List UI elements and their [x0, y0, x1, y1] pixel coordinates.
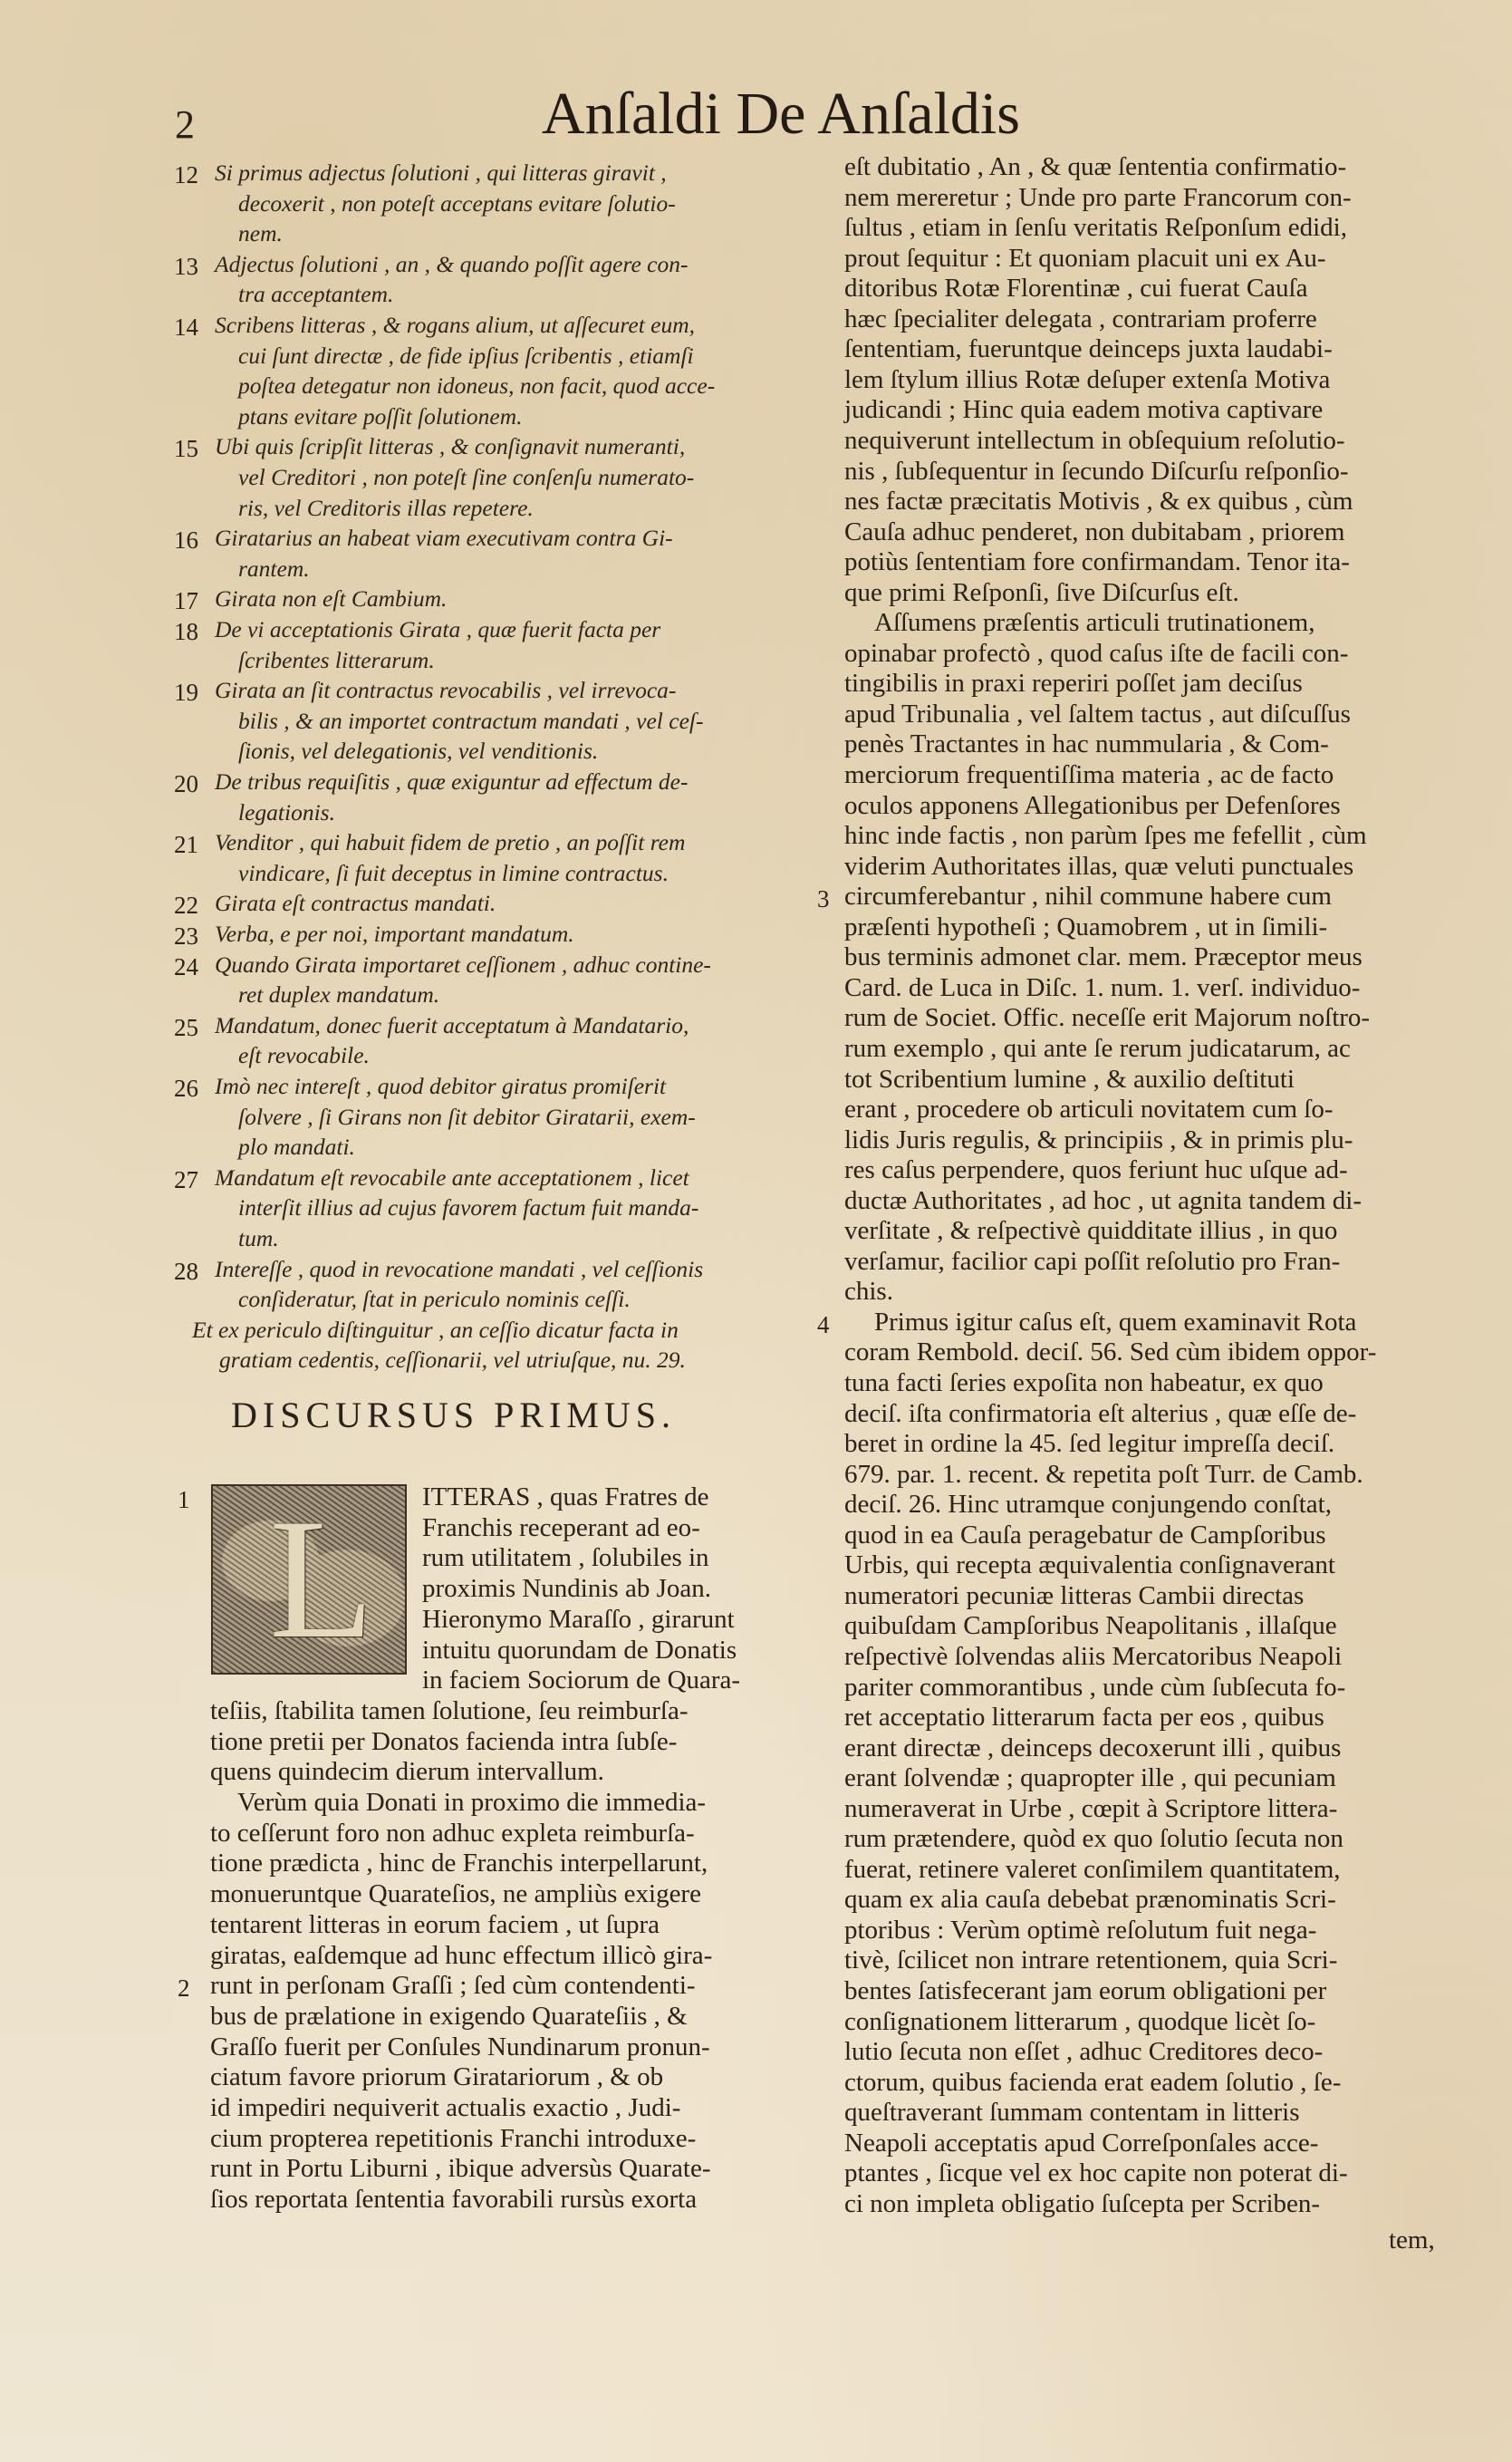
- body-line: Primus igitur caſus eſt, quem examinavit…: [874, 1308, 1356, 1337]
- body-line: in faciem Sociorum de Quara-: [422, 1665, 740, 1695]
- body-line: præſenti hypotheſi ; Quamobrem , ut in ſ…: [844, 912, 1327, 942]
- body-line: giratas, eaſdemque ad hunc effectum illi…: [210, 1941, 712, 1971]
- summary-line: tum.: [238, 1225, 279, 1252]
- body-line: bus de prælatione in exigendo Quarateſii…: [210, 2002, 688, 2032]
- body-line: potiùs ſententiam fore confirmandam. Ten…: [844, 547, 1350, 577]
- summary-line: ſcribentes litterarum.: [238, 647, 435, 674]
- body-line: verſamur, facilior capi poſſit reſolutio…: [844, 1247, 1340, 1277]
- body-line: Hieronymo Maraſſo , girarunt: [422, 1605, 735, 1635]
- body-line: merciorum frequentiſſima materia , ac de…: [844, 760, 1334, 790]
- summary-line: Quando Girata importaret ceſſionem , adh…: [215, 951, 711, 979]
- body-line: ciatum favore priorum Giratariorum , & o…: [210, 2062, 663, 2092]
- body-line: reſpectivè ſolvendas aliis Mercatoribus …: [844, 1642, 1342, 1672]
- body-line: queſtraverant ſummam contentam in litter…: [844, 2098, 1300, 2128]
- page-number: 2: [175, 101, 195, 148]
- drop-cap-letter: L: [269, 1493, 374, 1665]
- summary-line: cui ſunt directæ , de fide ipſius ſcribe…: [238, 343, 694, 370]
- body-line: nequiverunt intellectum in obſequium reſ…: [844, 426, 1345, 456]
- summary-number: 22: [174, 892, 198, 920]
- body-line: tot Scribentium lumine , & auxilio deſti…: [844, 1065, 1295, 1095]
- body-line: apud Tribunalia , vel ſaltem tactus , au…: [844, 700, 1351, 729]
- body-line: Card. de Luca in Diſc. 1. num. 1. verſ. …: [844, 973, 1360, 1003]
- body-line: beret in ordine la 45. ſed legitur impre…: [844, 1429, 1334, 1459]
- summary-line: conſideratur, ſtat in periculo nominis c…: [238, 1286, 631, 1313]
- summary-line: Mandatum, donec fuerit acceptatum à Mand…: [215, 1012, 689, 1039]
- body-line: que primi Reſponſi, ſive Diſcurſus eſt.: [844, 578, 1239, 608]
- summary-line: gratiam cedentis, ceſſionarii, vel utriu…: [219, 1347, 686, 1374]
- body-line: ptantes , ſicque vel ex hoc capite non p…: [844, 2158, 1348, 2188]
- body-line: quens quindecim dierum intervallum.: [210, 1757, 604, 1787]
- body-line: Urbis, qui recepta æquivalentia conſigna…: [844, 1550, 1335, 1580]
- summary-line: Girata an ſit contractus revocabilis , v…: [215, 677, 676, 704]
- summary-number: 25: [174, 1014, 198, 1042]
- body-line: circumferebantur , nihil commune habere …: [844, 882, 1332, 912]
- summary-number: 20: [174, 770, 198, 798]
- body-line: proximis Nundinis ab Joan.: [422, 1574, 711, 1604]
- body-line: rum exemplo , qui ante ſe rerum judicata…: [844, 1034, 1351, 1064]
- body-line: bentes ſatisfecerant jam eorum obligatio…: [844, 1976, 1326, 2006]
- summary-line: ret duplex mandatum.: [238, 981, 439, 1009]
- summary-line: Girata eſt contractus mandati.: [215, 890, 496, 917]
- body-line: quod in ea Cauſa peragebatur de Campſori…: [844, 1521, 1326, 1550]
- body-line: cium propterea repetitionis Franchi intr…: [210, 2124, 696, 2154]
- summary-line: Ubi quis ſcripſit litteras , & conſignav…: [215, 433, 685, 460]
- body-line: tingibilis in praxi reperiri poſſet jam …: [844, 669, 1303, 699]
- summary-line: legationis.: [238, 799, 335, 826]
- body-line: rum utilitatem , ſolubiles in: [422, 1543, 709, 1573]
- summary-line: bilis , & an importet contractum mandati…: [238, 708, 703, 735]
- body-line: pariter commorantibus , unde cùm ſubſecu…: [844, 1673, 1345, 1703]
- body-line: prout ſequitur : Et quoniam placuit uni …: [844, 244, 1326, 274]
- summary-line: ſolvere , ſi Girans non ſit debitor Gira…: [238, 1104, 696, 1131]
- body-line: Neapoli acceptatis apud Correſponſales a…: [844, 2129, 1318, 2158]
- body-line: viderim Authoritates illas, quæ veluti p…: [844, 852, 1353, 882]
- body-line: opinabar profectò , quod caſus iſte de f…: [844, 639, 1348, 669]
- summary-number: 23: [174, 922, 198, 951]
- summary-line: eſt revocabile.: [238, 1042, 370, 1069]
- body-line: rum prætendere, quòd ex quo ſolutio ſecu…: [844, 1824, 1343, 1854]
- summary-line: rantem.: [238, 555, 310, 583]
- body-line: nes factæ præcitatis Motivis , & ex quib…: [844, 487, 1353, 517]
- body-line: coram Rembold. deciſ. 56. Sed cùm ibidem…: [844, 1337, 1376, 1367]
- body-line: ctorum, quibus facienda erat eadem ſolut…: [844, 2068, 1341, 2098]
- summary-line: Intereſſe , quod in revocatione mandati …: [215, 1256, 703, 1283]
- summary-line: vindicare, ſi fuit deceptus in limine co…: [238, 860, 669, 887]
- summary-number: 28: [174, 1258, 198, 1286]
- body-line: erant ſolvendæ ; quapropter ille , qui p…: [844, 1763, 1336, 1793]
- summary-line: Venditor , qui habuit fidem de pretio , …: [215, 829, 685, 856]
- summary-line: decoxerit , non poteſt acceptans evitare…: [238, 190, 676, 217]
- summary-line: ris, vel Creditoris illas repetere.: [238, 495, 534, 522]
- summary-line: Mandatum eſt revocabile ante acceptation…: [215, 1164, 689, 1192]
- summary-line: Girata non eſt Cambium.: [215, 585, 447, 613]
- body-line: verſitate , & reſpectivè quidditate illi…: [844, 1216, 1337, 1246]
- body-line: ci non impleta obligatio ſuſcepta per Sc…: [844, 2189, 1320, 2219]
- body-line: hinc inde factis , non parùm ſpes me fef…: [844, 821, 1367, 851]
- body-line: nem mereretur ; Unde pro parte Francorum…: [844, 183, 1352, 213]
- catchword: tem,: [1389, 2225, 1435, 2255]
- body-line: Verùm quia Donati in proximo die immedia…: [237, 1788, 706, 1818]
- summary-line: ſionis, vel delegationis, vel venditioni…: [238, 738, 598, 765]
- summary-line: ptans evitare poſſit ſolutionem.: [238, 403, 523, 430]
- body-line: Franchis receperant ad eo-: [422, 1513, 700, 1543]
- summary-number: 26: [174, 1075, 198, 1103]
- body-line: ſultus , etiam in ſenſu veritatis Reſpon…: [844, 213, 1347, 243]
- body-line: Graſſo fuerit per Conſules Nundinarum pr…: [210, 2032, 710, 2062]
- body-line: tione pretii per Donatos facienda intra …: [210, 1727, 677, 1757]
- summary-line: De tribus requiſitis , quæ exiguntur ad …: [215, 768, 688, 796]
- summary-number: 14: [174, 314, 198, 342]
- body-line: numeraverat in Urbe , cœpit à Scriptore …: [844, 1794, 1337, 1824]
- body-line: nis , ſubſequentur in ſecundo Diſcurſu r…: [844, 457, 1349, 487]
- body-line: Cauſa adhuc penderet, non dubitabam , pr…: [844, 517, 1344, 547]
- summary-line: De vi acceptationis Girata , quæ fuerit …: [215, 616, 660, 643]
- body-line: runt in Portu Liburni , ibique adversùs …: [210, 2154, 711, 2184]
- body-line: tivè, ſcilicet non intrare retentionem, …: [844, 1945, 1337, 1975]
- summary-line: tra acceptantem.: [238, 281, 393, 308]
- body-line: quam ex alia cauſa debebat prænominatis …: [844, 1885, 1336, 1915]
- summary-number: 24: [174, 953, 198, 981]
- body-line: conſignationem litterarum , quodque licè…: [844, 2007, 1315, 2037]
- body-line: erant , procedere ob articuli novitatem …: [844, 1095, 1334, 1125]
- body-line: lutio ſecuta non eſſet , adhuc Creditore…: [844, 2037, 1323, 2067]
- body-line: ſios reportata ſententia favorabili rurs…: [210, 2185, 697, 2215]
- summary-number: 16: [174, 526, 198, 555]
- summary-line: Adjectus ſolutioni , an , & quando poſſi…: [215, 251, 688, 278]
- body-line: lidis Juris regulis, & principiis , & in…: [844, 1125, 1353, 1155]
- drop-cap-woodcut: L: [211, 1484, 407, 1675]
- body-line: teſiis, ſtabilita tamen ſolutione, ſeu r…: [210, 1696, 689, 1726]
- summary-number: 21: [174, 831, 198, 859]
- body-line: tione prædicta , hinc de Franchis interp…: [210, 1849, 708, 1878]
- body-line: deciſ. iſta confirmatoria eſt alterius ,…: [844, 1399, 1356, 1429]
- body-line: bus terminis admonet clar. mem. Præcepto…: [844, 942, 1363, 972]
- body-line: ductæ Authoritates , ad hoc , ut agnita …: [844, 1186, 1362, 1216]
- margin-number: 2: [178, 1974, 190, 2003]
- summary-number: 27: [174, 1166, 198, 1194]
- body-line: erant directæ , deinceps decoxerunt illi…: [844, 1733, 1341, 1763]
- body-line: ſententiam, fueruntque deinceps juxta la…: [844, 334, 1333, 364]
- body-line: rum de Societ. Offic. neceſſe erit Major…: [844, 1003, 1370, 1033]
- body-line: ditoribus Rotæ Florentinæ , cui fuerat C…: [844, 274, 1307, 304]
- body-line: eſt dubitatio , An , & quæ ſententia con…: [844, 152, 1346, 182]
- body-line: to ceſſerunt foro non adhuc expleta reim…: [210, 1819, 695, 1849]
- body-line: intuitu quorundam de Donatis: [422, 1636, 737, 1665]
- body-line: monueruntque Quarateſios, ne ampliùs exi…: [210, 1879, 701, 1909]
- summary-number: 13: [174, 253, 198, 281]
- summary-number: 18: [174, 618, 198, 646]
- margin-number: 4: [817, 1311, 830, 1339]
- body-line: numeratori pecuniæ litteras Cambii direc…: [844, 1581, 1304, 1611]
- body-line: oculos apponens Allegationibus per Defen…: [844, 791, 1341, 821]
- summary-line: Si primus adjectus ſolutioni , qui litte…: [215, 159, 667, 187]
- body-line: judicandi ; Hinc quia eadem motiva capti…: [844, 395, 1323, 425]
- summary-number: 17: [174, 587, 198, 615]
- body-line: hæc ſpecialiter delegata , contrariam pr…: [844, 304, 1317, 334]
- body-line: quibuſdam Campſoribus Neapolitanis , ill…: [844, 1611, 1337, 1641]
- body-line: res caſus perpendere, quos feriunt huc u…: [844, 1155, 1348, 1185]
- summary-line: plo mandati.: [238, 1134, 355, 1161]
- body-line: tuna facti ſeries expoſita non habeatur,…: [844, 1368, 1324, 1398]
- summary-line: Scribens litteras , & rogans alium, ut a…: [215, 312, 695, 339]
- summary-line: Verba, e per noi, important mandatum.: [215, 921, 574, 948]
- running-head: Anſaldi De Anſaldis: [542, 80, 1020, 149]
- body-line: deciſ. 26. Hinc utramque conjungendo con…: [844, 1490, 1332, 1520]
- body-line: Aſſumens præſentis articuli trutinatione…: [874, 608, 1315, 638]
- body-line: ptoribus : Verùm optimè reſolutum fuit n…: [844, 1916, 1316, 1945]
- body-line: fuerat, retinere valeret conſimilem quan…: [844, 1855, 1341, 1885]
- summary-line: Imò nec intereſt , quod debitor giratus …: [215, 1073, 666, 1100]
- summary-line: Giratarius an habeat viam executivam con…: [215, 525, 673, 552]
- summary-number: 15: [174, 435, 198, 463]
- body-line: runt in perſonam Graſſi ; ſed cùm conten…: [210, 1971, 696, 2001]
- body-line: id impediri nequiverit actualis exactio …: [210, 2093, 680, 2123]
- summary-line: poſtea detegatur non idoneus, non facit,…: [238, 372, 715, 400]
- summary-line: nem.: [238, 220, 283, 247]
- summary-number: 12: [174, 161, 198, 189]
- body-line: tentarent litteras in eorum faciem , ut …: [210, 1910, 660, 1940]
- margin-number: 3: [817, 885, 830, 913]
- margin-number: 1: [178, 1486, 190, 1514]
- body-line: 679. par. 1. recent. & repetita poſt Tur…: [844, 1460, 1363, 1490]
- summary-line: vel Creditori , non poteſt ſine conſenſu…: [238, 464, 694, 491]
- body-line: penès Tractantes in hac nummularia , & C…: [844, 729, 1329, 759]
- body-line: chis.: [844, 1277, 893, 1307]
- body-line: lem ſtylum illius Rotæ deſuper extenſa M…: [844, 365, 1330, 395]
- summary-number: 19: [174, 679, 198, 707]
- body-line: ret acceptatio litterarum facta per eos …: [844, 1703, 1324, 1733]
- summary-line: interſit illius ad cujus favorem factum …: [238, 1194, 698, 1221]
- section-title: DISCURSUS PRIMUS.: [231, 1394, 676, 1436]
- body-line: ITTERAS , quas Fratres de: [422, 1482, 709, 1512]
- summary-line: Et ex periculo diſtinguitur , an ceſſio …: [192, 1317, 679, 1344]
